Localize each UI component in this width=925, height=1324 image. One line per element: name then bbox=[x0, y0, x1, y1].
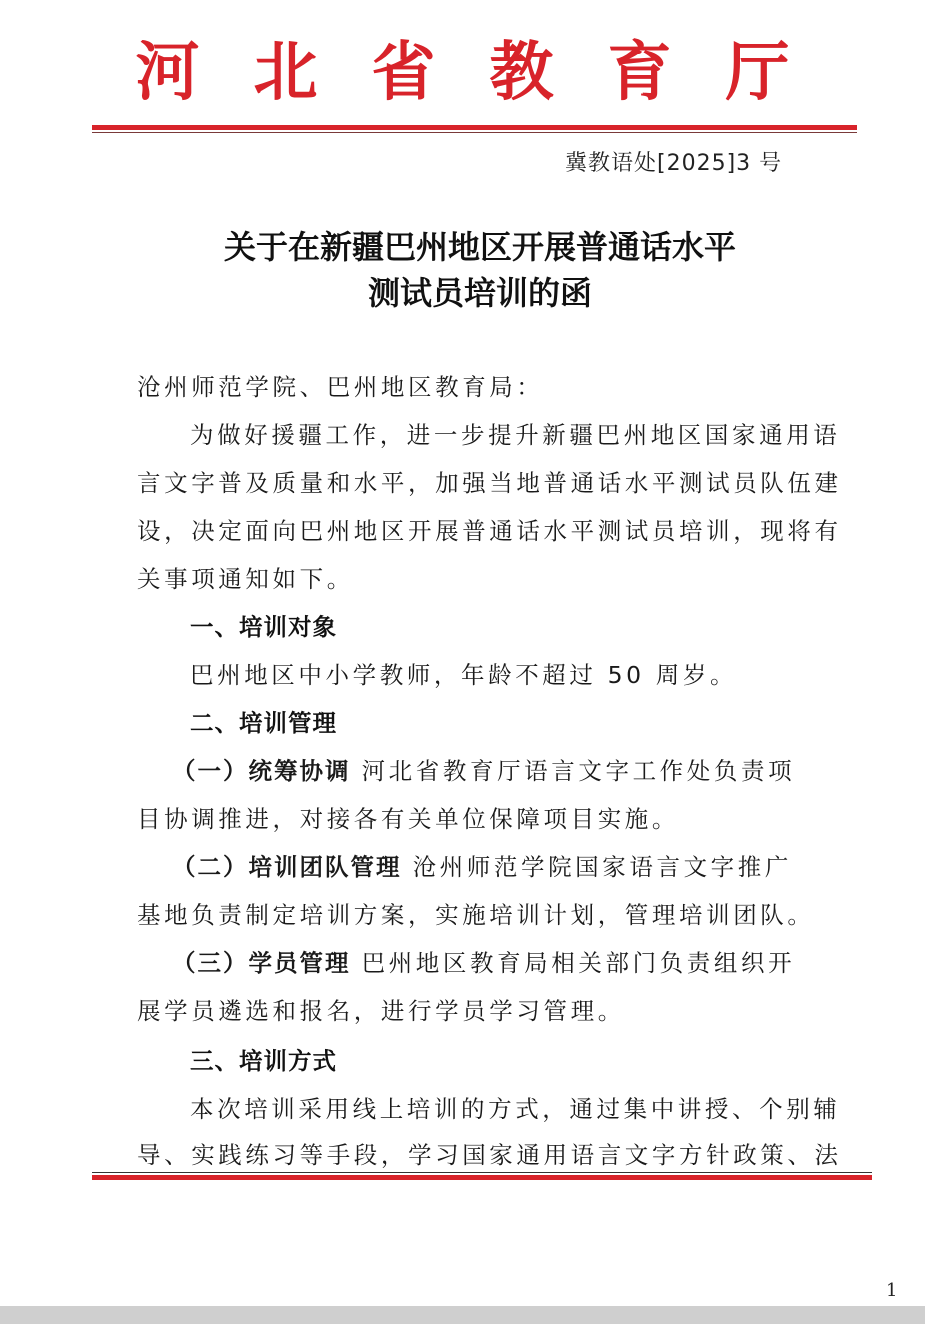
masthead-char: 北 bbox=[254, 38, 318, 108]
item-label: （三）学员管理 bbox=[172, 949, 351, 977]
intro-line: 设，决定面向巴州地区开展普通话水平测试员培训，现将有 bbox=[137, 512, 842, 546]
title-line-1: 关于在新疆巴州地区开展普通话水平 bbox=[0, 224, 925, 270]
intro-line: 关事项通知如下。 bbox=[137, 560, 354, 594]
section-heading-3: 三、培训方式 bbox=[190, 1042, 337, 1076]
footer-rule-thin bbox=[92, 1172, 872, 1173]
section-heading-1: 一、培训对象 bbox=[190, 608, 337, 642]
masthead-char: 省 bbox=[372, 38, 436, 108]
section-1-text: 巴州地区中小学教师，年龄不超过 50 周岁。 bbox=[190, 656, 737, 690]
header-rule-thin bbox=[92, 132, 857, 133]
issuer-masthead: 河北省教育厅 bbox=[0, 38, 925, 108]
masthead-char: 教 bbox=[490, 38, 554, 108]
section-2-item-3: （三）学员管理 巴州地区教育局相关部门负责组织开 bbox=[172, 944, 795, 978]
document-number: 冀教语处[2025]3 号 bbox=[565, 146, 782, 177]
masthead-char: 厅 bbox=[726, 38, 790, 108]
intro-line: 言文字普及质量和水平，加强当地普通话水平测试员队伍建 bbox=[137, 464, 842, 498]
item-text: 沧州师范学院国家语言文字推广 bbox=[402, 853, 792, 881]
document-title: 关于在新疆巴州地区开展普通话水平 测试员培训的函 bbox=[0, 224, 925, 316]
title-line-2: 测试员培训的函 bbox=[0, 270, 925, 316]
header-rule-thick bbox=[92, 125, 857, 130]
section-3-text: 本次培训采用线上培训的方式，通过集中讲授、个别辅 bbox=[190, 1090, 840, 1124]
section-2-item-1-cont: 目协调推进，对接各有关单位保障项目实施。 bbox=[137, 800, 679, 834]
section-2-item-2: （二）培训团队管理 沧州师范学院国家语言文字推广 bbox=[172, 848, 792, 882]
page-bottom-bar bbox=[0, 1306, 925, 1324]
intro-line: 为做好援疆工作，进一步提升新疆巴州地区国家通用语 bbox=[190, 416, 840, 450]
section-2-item-1: （一）统筹协调 河北省教育厅语言文字工作处负责项 bbox=[172, 752, 795, 786]
item-label: （二）培训团队管理 bbox=[172, 853, 402, 881]
masthead-char: 育 bbox=[608, 38, 672, 108]
masthead-char: 河 bbox=[136, 38, 200, 108]
section-3-text-cont: 导、实践练习等手段，学习国家通用语言文字方针政策、法 bbox=[137, 1136, 842, 1170]
item-label: （一）统筹协调 bbox=[172, 757, 351, 785]
footer-rule-thick bbox=[92, 1175, 872, 1180]
page-number: 1 bbox=[886, 1280, 897, 1301]
item-text: 巴州地区教育局相关部门负责组织开 bbox=[351, 949, 796, 977]
section-heading-2: 二、培训管理 bbox=[190, 704, 337, 738]
item-text: 河北省教育厅语言文字工作处负责项 bbox=[351, 757, 796, 785]
section-2-item-2-cont: 基地负责制定培训方案，实施培训计划，管理培训团队。 bbox=[137, 896, 815, 930]
section-2-item-3-cont: 展学员遴选和报名，进行学员学习管理。 bbox=[137, 992, 625, 1026]
salutation: 沧州师范学院、巴州地区教育局： bbox=[137, 368, 544, 402]
